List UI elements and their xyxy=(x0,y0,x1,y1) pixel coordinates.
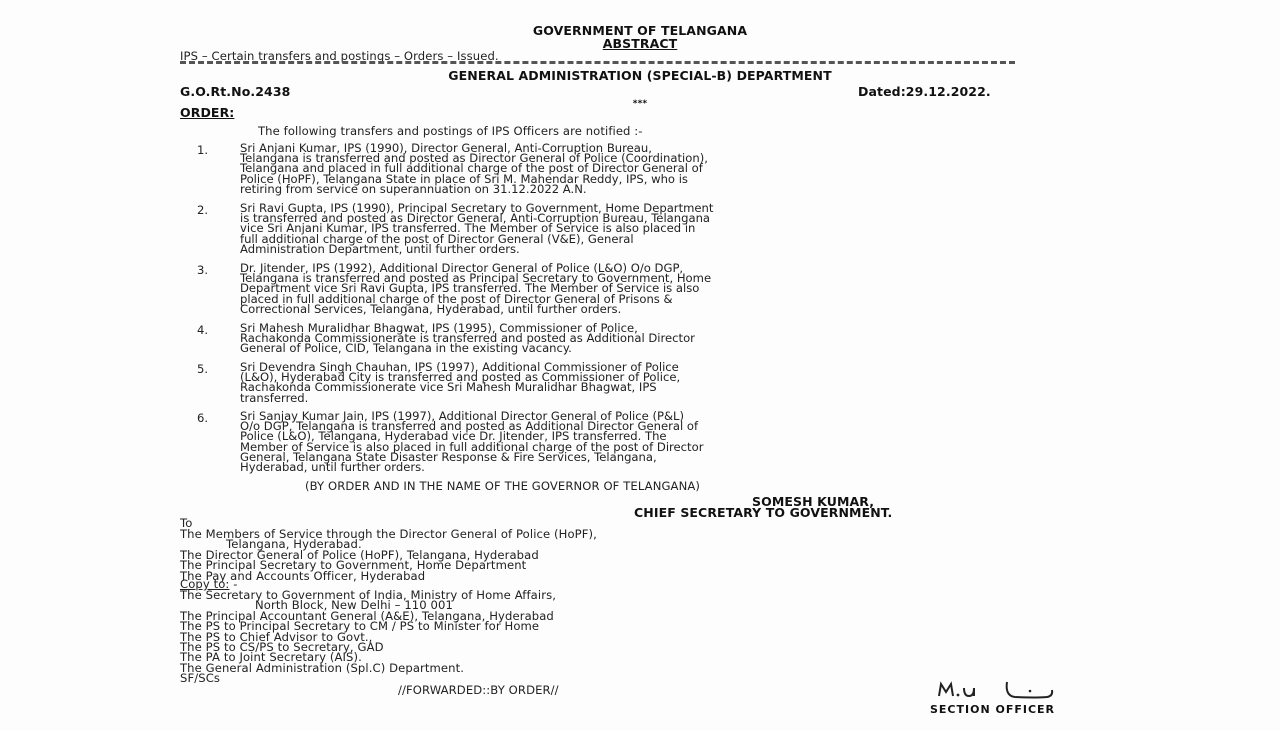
abstract-label: ABSTRACT xyxy=(540,38,740,50)
item-text-line: retiring from service on superannuation … xyxy=(240,184,1070,194)
authority-line: (BY ORDER AND IN THE NAME OF THE GOVERNO… xyxy=(305,480,700,492)
item-text-line: Correctional Services, Telangana, Hydera… xyxy=(240,304,1070,314)
order-intro: The following transfers and postings of … xyxy=(258,125,643,137)
item-text-line: Administration Department, until further… xyxy=(240,244,1070,254)
government-order-document: GOVERNMENT OF TELANGANA ABSTRACT IPS – C… xyxy=(0,0,1280,731)
copy-recipient-line: SF/SCs xyxy=(180,672,220,684)
dashed-separator xyxy=(180,61,1015,64)
item-text-line: transferred. xyxy=(240,393,1070,403)
item-number: 1. xyxy=(197,143,208,157)
item-number: 5. xyxy=(197,362,208,376)
item-text-line: Rachakonda Commissionerate vice Sri Mahe… xyxy=(240,382,1070,392)
signatory-designation: CHIEF SECRETARY TO GOVERNMENT. xyxy=(634,507,892,519)
item-number: 4. xyxy=(197,323,208,337)
item-number: 3. xyxy=(197,263,208,277)
order-label: ORDER: xyxy=(180,107,234,119)
department-title: GENERAL ADMINISTRATION (SPECIAL-B) DEPAR… xyxy=(300,70,980,82)
go-number: G.O.Rt.No.2438 xyxy=(180,86,290,98)
order-date: Dated:29.12.2022. xyxy=(858,86,991,98)
forwarded-line: //FORWARDED::BY ORDER// xyxy=(398,684,559,696)
signature-icon xyxy=(935,678,1085,704)
separator-stars: *** xyxy=(610,98,670,110)
item-text-line: General of Police, CID, Telangana in the… xyxy=(240,343,1070,353)
copy-recipient-line: The General Administration (Spl.C) Depar… xyxy=(180,662,464,674)
item-text-line: Hyderabad, until further orders. xyxy=(240,462,1070,472)
section-officer-title: SECTION OFFICER xyxy=(930,704,1055,716)
item-number: 6. xyxy=(197,411,208,425)
item-number: 2. xyxy=(197,203,208,217)
